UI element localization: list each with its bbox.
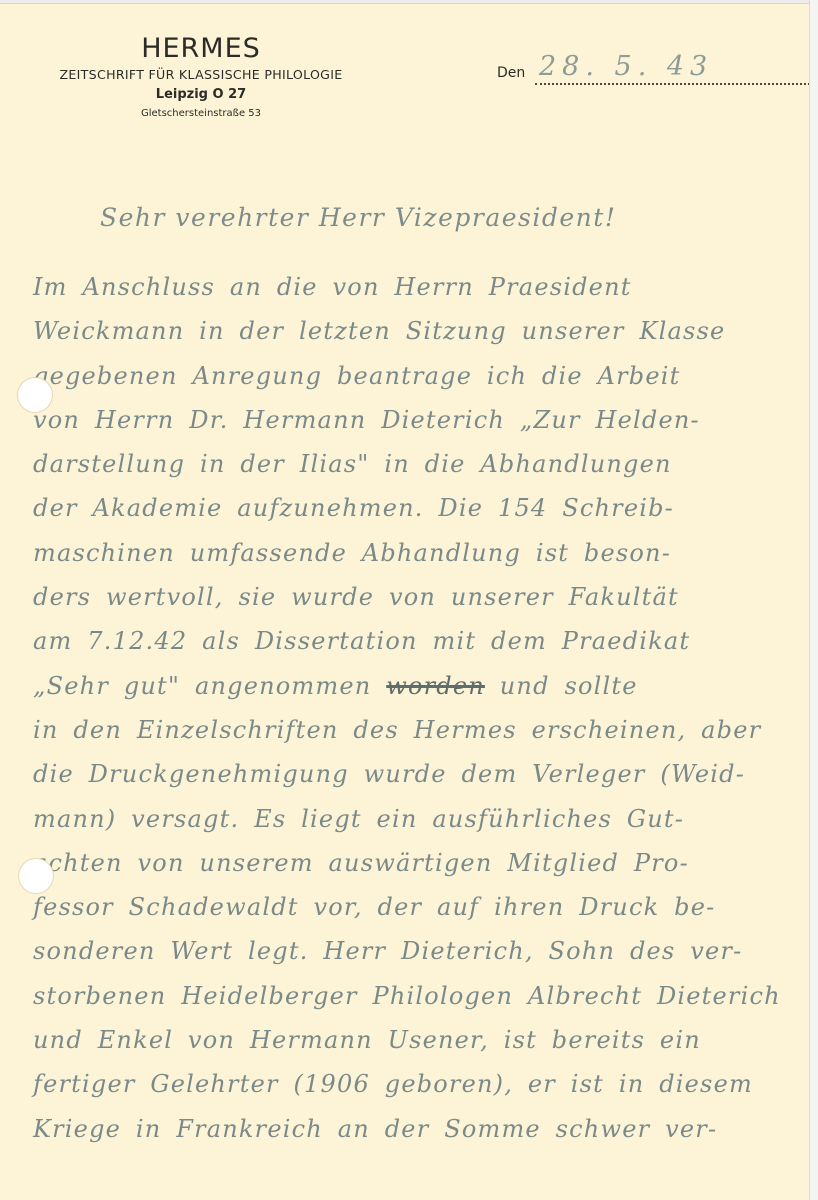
body-text: und sollte bbox=[485, 672, 638, 700]
salutation: Sehr verehrter Herr Vizepraesident! bbox=[100, 203, 616, 232]
body-line: am 7.12.42 als Dissertation mit dem Prae… bbox=[33, 619, 793, 663]
viewer-edge bbox=[809, 0, 818, 1200]
body-line: der Akademie aufzunehmen. Die 154 Schrei… bbox=[33, 486, 793, 530]
letterhead-subtitle: ZEITSCHRIFT FÜR KLASSISCHE PHILOLOGIE bbox=[18, 65, 384, 85]
letterhead-city: Leipzig O 27 bbox=[18, 85, 384, 105]
body-line: in den Einzelschriften des Hermes ersche… bbox=[33, 708, 793, 752]
body-line: die Druckgenehmigung wurde dem Verleger … bbox=[33, 752, 793, 796]
body-line: gegebenen Anregung beantrage ich die Arb… bbox=[33, 354, 793, 398]
body-line: achten von unserem auswärtigen Mitglied … bbox=[33, 841, 793, 885]
body-line: ders wertvoll, sie wurde von unserer Fak… bbox=[33, 575, 793, 619]
punch-hole bbox=[18, 378, 52, 412]
letter-body: Im Anschluss an die von Herrn Praesident… bbox=[33, 265, 793, 1151]
body-line: Kriege in Frankreich an der Somme schwer… bbox=[33, 1107, 793, 1151]
body-text: „Sehr gut" angenommen bbox=[33, 672, 386, 700]
body-line: Weickmann in der letzten Sitzung unserer… bbox=[33, 309, 793, 353]
body-line: darstellung in der Ilias" in die Abhandl… bbox=[33, 442, 793, 486]
punch-hole bbox=[19, 859, 53, 893]
body-line: fertiger Gelehrter (1906 geboren), er is… bbox=[33, 1062, 793, 1106]
body-line: maschinen umfassende Abhandlung ist beso… bbox=[33, 531, 793, 575]
body-line: mann) versagt. Es liegt ein ausführliche… bbox=[33, 797, 793, 841]
date-field: Den 28. 5. 43 bbox=[497, 55, 810, 89]
body-line: Im Anschluss an die von Herrn Praesident bbox=[33, 265, 793, 309]
body-line: sonderen Wert legt. Herr Dieterich, Sohn… bbox=[33, 929, 793, 973]
letter-page: HERMES ZEITSCHRIFT FÜR KLASSISCHE PHILOL… bbox=[0, 3, 811, 1200]
date-dotted-line bbox=[535, 83, 810, 85]
date-label: Den bbox=[497, 65, 525, 81]
letterhead: HERMES ZEITSCHRIFT FÜR KLASSISCHE PHILOL… bbox=[18, 33, 384, 123]
body-line: storbenen Heidelberger Philologen Albrec… bbox=[33, 974, 793, 1018]
body-line: von Herrn Dr. Hermann Dieterich „Zur Hel… bbox=[33, 398, 793, 442]
body-line: und Enkel von Hermann Usener, ist bereit… bbox=[33, 1018, 793, 1062]
letterhead-title: HERMES bbox=[18, 33, 384, 65]
date-value: 28. 5. 43 bbox=[539, 51, 713, 82]
letterhead-street: Gletschersteinstraße 53 bbox=[18, 105, 384, 123]
body-line-with-correction: „Sehr gut" angenommen worden und sollte bbox=[33, 664, 793, 708]
body-line: fessor Schadewaldt vor, der auf ihren Dr… bbox=[33, 885, 793, 929]
struck-out-word: worden bbox=[386, 672, 485, 700]
